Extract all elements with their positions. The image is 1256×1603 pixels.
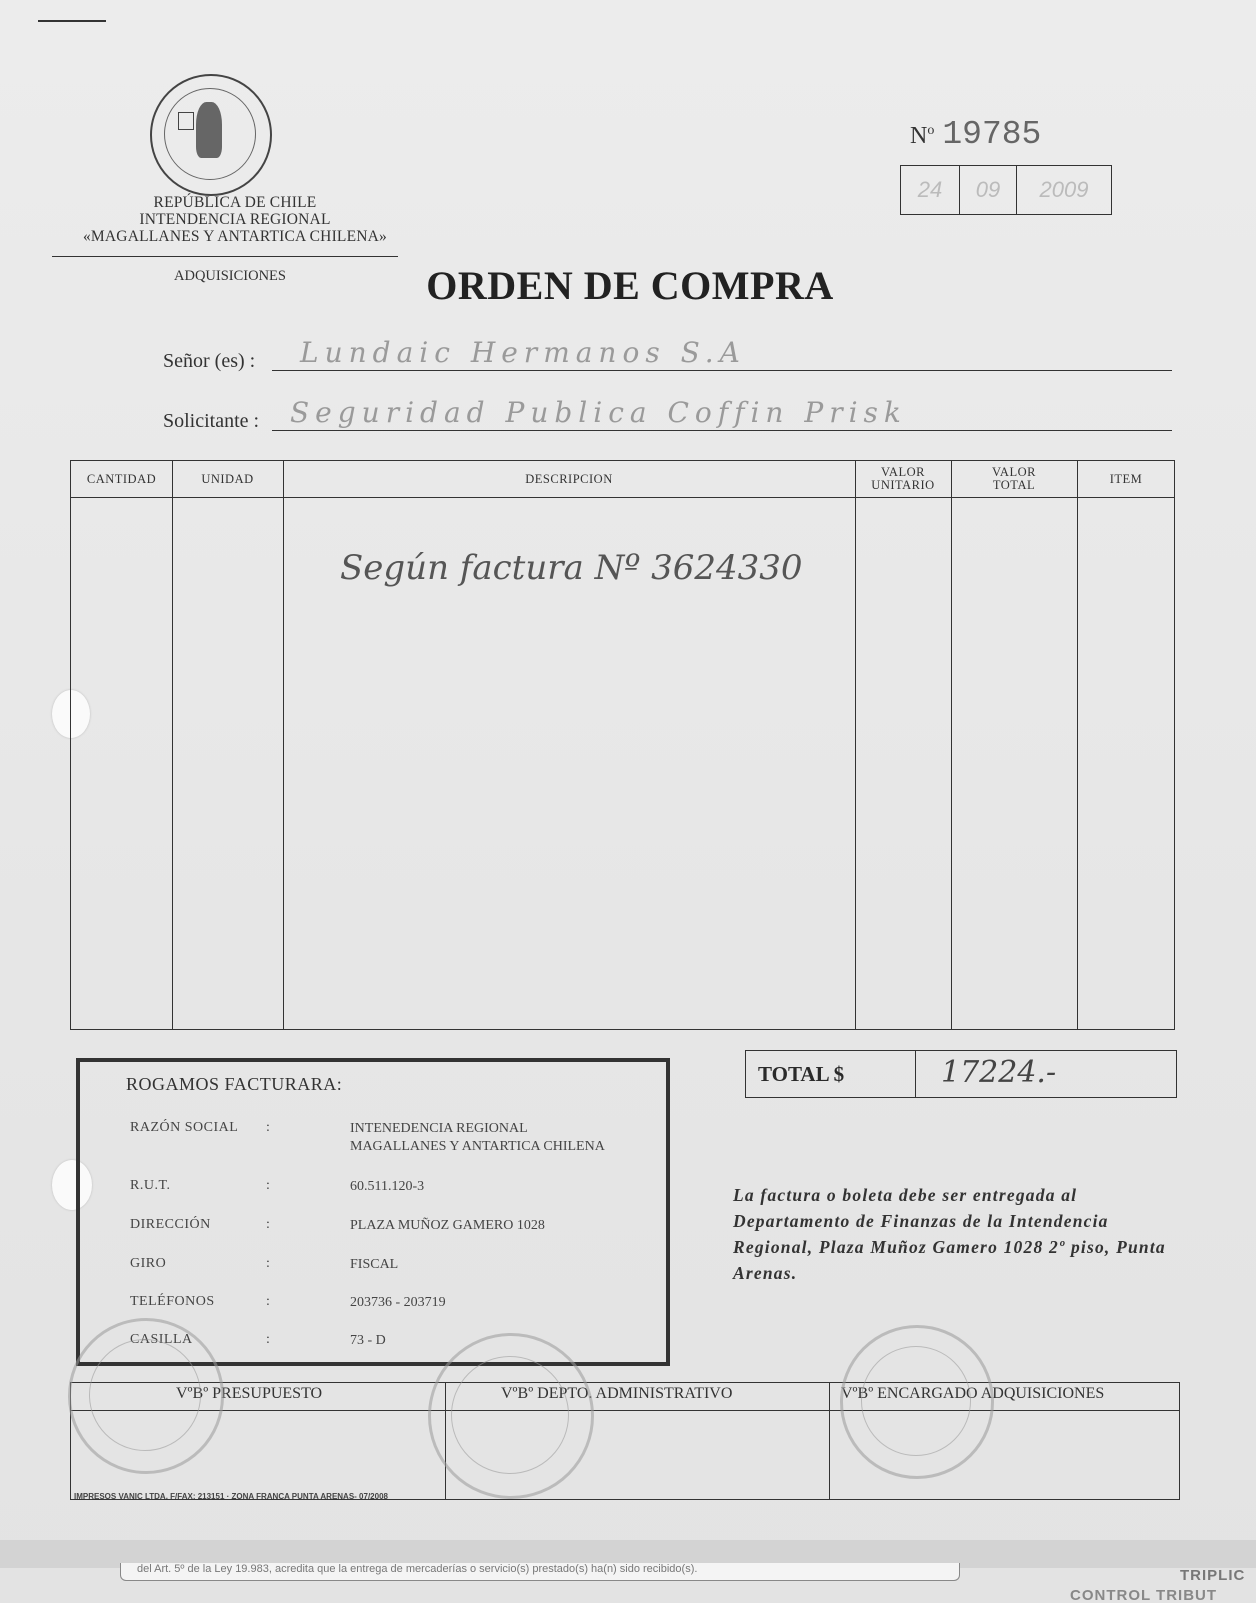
purchase-order-page: REPÚBLICA DE CHILE INTENDENCIA REGIONAL … — [0, 0, 1256, 1603]
solicitante-line — [272, 430, 1172, 431]
column-header-item: ITEM — [1077, 461, 1175, 497]
scan-mark — [38, 20, 106, 22]
department-label: ADQUISICIONES — [160, 268, 300, 285]
column-header-valor-total: VALOR TOTAL — [976, 461, 1052, 497]
column-header-cantidad: CANTIDAD — [71, 461, 172, 497]
approval-signatures: VºBº PRESUPUESTO VºBº DEPTO. ADMINISTRAT… — [70, 1382, 1180, 1500]
column-header-descripcion: DESCRIPCION — [283, 461, 855, 497]
region-text: «MAGALLANES Y ANTARTICA CHILENA» — [40, 228, 430, 245]
stamp-administrativo — [428, 1333, 594, 1499]
order-number-label: No — [910, 123, 934, 149]
senor-value[interactable]: Lundaic Hermanos S.A — [300, 336, 746, 369]
total-box: TOTAL $ 17224.- — [745, 1050, 1177, 1098]
intendencia-text: INTENDENCIA REGIONAL — [40, 211, 430, 228]
date-year[interactable]: 2009 — [1017, 166, 1111, 214]
date-box: 24 09 2009 — [900, 165, 1112, 215]
column-header-valor-unitario: VALOR UNITARIO — [863, 461, 943, 497]
regional-seal-logo — [150, 74, 272, 196]
column-header-unidad: UNIDAD — [172, 461, 283, 497]
invoice-delivery-note: La factura o boleta debe ser entregada a… — [733, 1182, 1173, 1286]
solicitante-label: Solicitante : — [163, 410, 259, 433]
solicitante-value[interactable]: Seguridad Publica Coffin Prisk — [290, 396, 907, 429]
stamp-finanzas — [68, 1318, 224, 1474]
explorer-figure-icon — [196, 102, 222, 158]
copy-sublabel: CONTROL TRIBUT — [1070, 1587, 1217, 1603]
shield-icon — [178, 112, 194, 130]
items-table: CANTIDAD UNIDAD DESCRIPCION VALOR UNITAR… — [70, 460, 1175, 1030]
header-divider — [52, 256, 398, 257]
issuer-header: REPÚBLICA DE CHILE INTENDENCIA REGIONAL … — [40, 194, 430, 245]
billing-title: ROGAMOS FACTURARA: — [126, 1074, 342, 1095]
printer-imprint: IMPRESOS VANIC LTDA. F/FAX: 213151 · ZON… — [74, 1492, 388, 1501]
table-row-description[interactable]: Según factura Nº 3624330 — [340, 548, 803, 588]
underlying-page-footer: del Art. 5º de la Ley 19.983, acredita q… — [120, 1563, 960, 1581]
senor-label: Señor (es) : — [163, 350, 255, 373]
stamp-adquisiciones — [840, 1325, 994, 1479]
document-title: ORDEN DE COMPRA — [360, 262, 900, 309]
copy-label: TRIPLIC — [1180, 1567, 1245, 1584]
total-value[interactable]: 17224.- — [941, 1055, 1056, 1090]
total-label: TOTAL $ — [746, 1051, 916, 1097]
order-number-value: 19785 — [942, 116, 1041, 153]
senor-line — [272, 370, 1172, 371]
republic-text: REPÚBLICA DE CHILE — [40, 194, 430, 211]
date-day[interactable]: 24 — [901, 166, 960, 214]
date-month[interactable]: 09 — [960, 166, 1017, 214]
order-number: No19785 — [910, 116, 1041, 153]
